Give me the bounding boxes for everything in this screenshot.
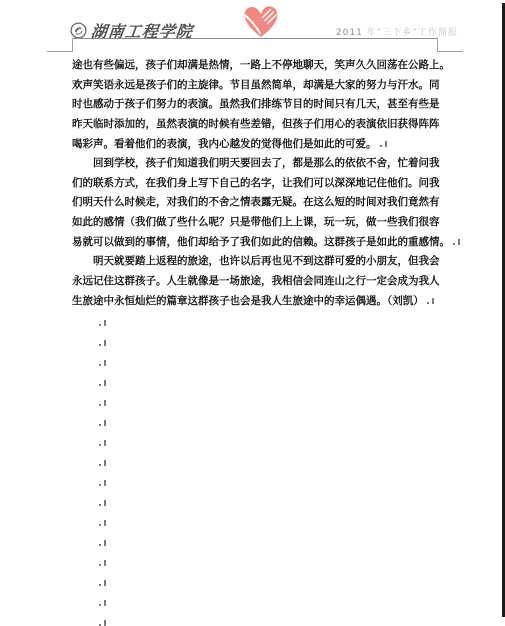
- text-line: 生旅途中永恒灿烂的篇章这群孩子也会是我人生旅途中的幸运偶遇。（刘凯）: [72, 292, 462, 312]
- paragraph-mark-icon: [453, 236, 462, 245]
- margin-mark: [437, 38, 438, 52]
- text-line-content: 时也感动于孩子们努力的表演。虽然我们排练节目的时间只有几天，甚至有些是: [72, 98, 440, 110]
- paragraph-mark-icon: [99, 437, 108, 446]
- text-line: 昨天临时添加的，虽然表演的时候有些差错，但孩子们用心的表演依旧获得阵阵: [72, 115, 462, 135]
- document-page: 湖南工程学院 2011 年“三下乡”工作简报 途也有些偏远，孩子们却满是热情，一…: [0, 0, 505, 626]
- paragraph-mark-icon: [99, 397, 108, 406]
- margin-mark: [437, 51, 463, 52]
- empty-paragraph-line: [96, 611, 108, 626]
- text-line-content: 欢声笑语永远是孩子们的主旋律。节目虽然简单，却满是大家的努力与汗水。同: [72, 79, 440, 91]
- paragraph-mark-icon: [99, 377, 108, 386]
- paragraph-mark-icon: [99, 517, 108, 526]
- header-rule: [72, 38, 437, 39]
- text-line: 回到学校，孩子们知道我们明天要回去了，都是那么的依依不舍，忙着问我: [72, 154, 462, 174]
- paragraph-mark-icon: [380, 138, 389, 147]
- body-text: 途也有些偏远，孩子们却满是热情，一路上不停地聊天，笑声久久回荡在公路上。 欢声笑…: [72, 56, 462, 311]
- empty-paragraph-line: [96, 371, 108, 391]
- paragraph-mark-icon: [99, 357, 108, 366]
- text-line: 们的联系方式，在我们身上写下自己的名字，让我们可以深深地记住他们。问我: [72, 174, 462, 194]
- text-line-content: 昨天临时添加的，虽然表演的时候有些差错，但孩子们用心的表演依旧获得阵阵: [72, 118, 440, 130]
- paragraph-mark-icon: [99, 457, 108, 466]
- text-line-content: 如此的感情（我们做了些什么呢？只是带他们上上课，玩一玩，做一些我们很容: [72, 216, 440, 228]
- text-line: 易就可以做到的事情，他们却给予了我们如此的信赖。这群孩子是如此的重感情。: [72, 233, 462, 253]
- paragraph-mark-icon: [99, 617, 108, 626]
- empty-paragraph-line: [96, 351, 108, 371]
- text-line-content: 永远记住这群孩子。人生就像是一场旅途，我相信会同连山之行一定会成为我人: [72, 275, 440, 287]
- empty-paragraph-line: [96, 411, 108, 431]
- empty-paragraph-line: [96, 531, 108, 551]
- bulletin-title-text: 年“三下乡”工作简报: [367, 28, 458, 38]
- paragraph-mark-icon: [99, 477, 108, 486]
- text-line: 时也感动于孩子们努力的表演。虽然我们排练节目的时间只有几天，甚至有些是: [72, 95, 462, 115]
- text-line-content: 们的联系方式，在我们身上写下自己的名字，让我们可以深深地记住他们。问我: [72, 177, 440, 189]
- empty-paragraph-line: [96, 451, 108, 471]
- empty-paragraph-line: [96, 551, 108, 571]
- paragraph-mark-icon: [99, 317, 108, 326]
- paragraph-mark-icon: [99, 337, 108, 346]
- text-line: 如此的感情（我们做了些什么呢？只是带他们上上课，玩一玩，做一些我们很容: [72, 213, 462, 233]
- text-line-content: 途也有些偏远，孩子们却满是热情，一路上不停地聊天，笑声久久回荡在公路上。: [72, 59, 450, 71]
- paragraph-mark-icon: [99, 417, 108, 426]
- paragraph-mark-icon: [99, 537, 108, 546]
- university-seal-icon: [70, 22, 87, 39]
- text-line-content: 明天就要踏上返程的旅途，也许以后再也见不到这群可爱的小朋友，但我会: [93, 255, 440, 267]
- text-line: 欢声笑语永远是孩子们的主旋律。节目虽然简单，却满是大家的努力与汗水。同: [72, 76, 462, 96]
- bulletin-title: 2011 年“三下乡”工作简报: [336, 25, 458, 38]
- empty-paragraph-line: [96, 471, 108, 491]
- empty-paragraph-line: [96, 391, 108, 411]
- bulletin-year: 2011: [336, 28, 363, 38]
- margin-mark: [72, 38, 73, 52]
- empty-paragraphs: [96, 311, 108, 626]
- paragraph-mark-icon: [99, 597, 108, 606]
- empty-paragraph-line: [96, 591, 108, 611]
- paragraph-mark-icon: [99, 577, 108, 586]
- text-line: 们明天什么时候走，对我们的不舍之情表露无疑。在这么短的时间对我们竟然有: [72, 193, 462, 213]
- text-line-content: 生旅途中永恒灿烂的篇章这群孩子也会是我人生旅途中的幸运偶遇。（刘凯）: [72, 295, 424, 307]
- empty-paragraph-line: [96, 511, 108, 531]
- margin-mark: [47, 51, 72, 52]
- empty-paragraph-line: [96, 491, 108, 511]
- empty-paragraph-line: [96, 431, 108, 451]
- empty-paragraph-line: [96, 571, 108, 591]
- text-line-content: 易就可以做到的事情，他们却给予了我们如此的信赖。这群孩子是如此的重感情。: [72, 236, 450, 248]
- text-line: 喝彩声。看着他们的表演，我内心越发的觉得他们是如此的可爱。: [72, 135, 462, 155]
- text-line-content: 喝彩声。看着他们的表演，我内心越发的觉得他们是如此的可爱。: [72, 138, 377, 150]
- empty-paragraph-line: [96, 311, 108, 331]
- paragraph-mark-icon: [99, 497, 108, 506]
- text-line-content: 回到学校，孩子们知道我们明天要回去了，都是那么的依依不舍，忙着问我: [93, 157, 440, 169]
- empty-paragraph-line: [96, 331, 108, 351]
- text-line: 途也有些偏远，孩子们却满是热情，一路上不停地聊天，笑声久久回荡在公路上。: [72, 56, 462, 76]
- paragraph-mark-icon: [99, 557, 108, 566]
- text-line: 永远记住这群孩子。人生就像是一场旅途，我相信会同连山之行一定会成为我人: [72, 272, 462, 292]
- paragraph-mark-icon: [427, 295, 436, 304]
- text-line-content: 们明天什么时候走，对我们的不舍之情表露无疑。在这么短的时间对我们竟然有: [72, 196, 440, 208]
- text-line: 明天就要踏上返程的旅途，也许以后再也见不到这群可爱的小朋友，但我会: [72, 252, 462, 272]
- hand-heart-icon: [242, 4, 280, 40]
